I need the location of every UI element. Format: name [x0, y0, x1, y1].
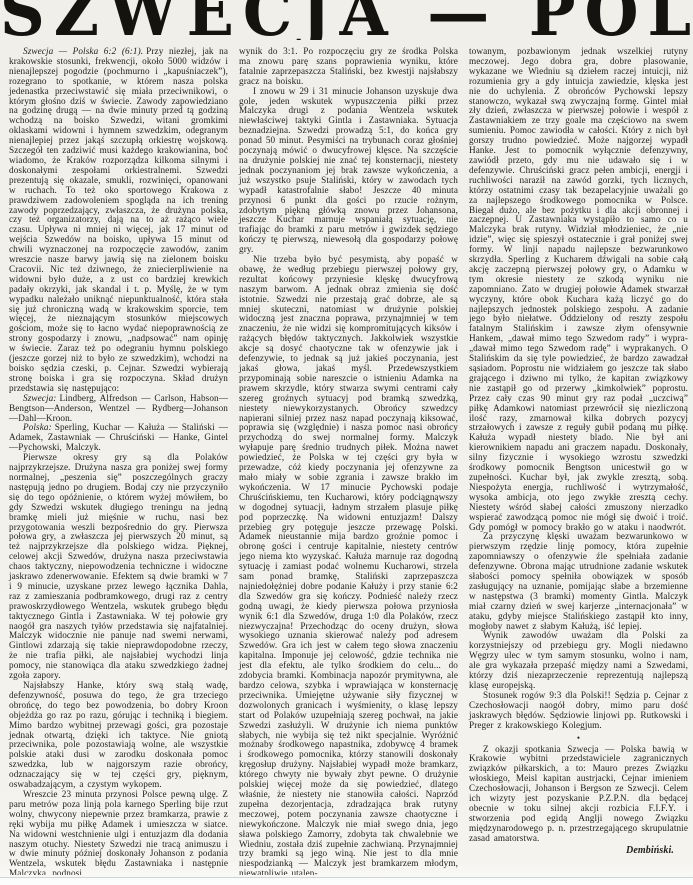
- paragraph-text: towanym, pozbawionym jednak wszelkiej ru…: [469, 46, 688, 532]
- article-headline: SZWECJA — POLSKA: [0, 0, 693, 40]
- article-paragraph: Wynik zawodów uważam dla Polski za korzy…: [469, 631, 688, 690]
- article-paragraph: Najsłabszy Hanke, który swą stałą wadę, …: [9, 681, 228, 790]
- article-paragraph: Z okazji spotkania Szwecja — Polska bawi…: [469, 745, 688, 844]
- article-paragraph: Za przyczynę klęski uważam bezwarunkowo …: [469, 532, 688, 631]
- newspaper-page: SZWECJA — POLSKA Szwecja — Polska 6:2 (6…: [0, 0, 693, 885]
- paragraph-text: Wreszcie 23 minuta przynosi Polsce pewną…: [9, 789, 228, 875]
- article-paragraph-continuation: wynik do 3:1. Po rozpoczęciu gry ze środ…: [239, 47, 458, 87]
- paragraph-text: wynik do 3:1. Po rozpoczęciu gry ze środ…: [239, 46, 458, 86]
- match-score-lead: Szwecja — Polska 6:2 (6:1).: [23, 46, 146, 56]
- paragraph-text: Pierwsze okresy gry są dla Polaków najpr…: [9, 452, 228, 680]
- article-paragraph: Pierwsze okresy gry są dla Polaków najpr…: [9, 453, 228, 681]
- lineup-sweden-label: Szwecja:: [23, 393, 59, 403]
- paragraph-text: Za przyczynę klęski uważam bezwarunkowo …: [469, 531, 688, 630]
- paragraph-text: Stosunek rogów 9:3 dla Polski!! Sędzia p…: [469, 690, 688, 730]
- article-paragraph: Wreszcie 23 minuta przynosi Polsce pewną…: [9, 790, 228, 875]
- paragraph-text: I znowu w 29 i 31 minucie Johanson uzysk…: [239, 86, 458, 255]
- article-masthead: SZWECJA — POLSKA: [0, 0, 693, 40]
- article-paragraph: Nie trzeba było być pesymistą, aby popaś…: [239, 255, 458, 875]
- article-body: Szwecja — Polska 6:2 (6:1).Przy niezłej,…: [0, 40, 693, 875]
- section-separator-dot: •: [469, 731, 688, 745]
- article-paragraph-continuation: towanym, pozbawionym jednak wszelkiej ru…: [469, 47, 688, 532]
- paragraph-text: Nie trzeba było być pesymistą, aby popaś…: [239, 254, 458, 875]
- article-paragraph: Stosunek rogów 9:3 dla Polski!! Sędzia p…: [469, 691, 688, 731]
- lineup-poland-label: Polska:: [23, 422, 55, 432]
- paragraph-text: Z okazji spotkania Szwecja — Polska bawi…: [469, 744, 688, 843]
- article-paragraph: Szwecja — Polska 6:2 (6:1).Przy niezłej,…: [9, 47, 228, 394]
- column-3: towanym, pozbawionym jednak wszelkiej ru…: [469, 47, 688, 875]
- paragraph-text: Najsłabszy Hanke, który swą stałą wadę, …: [9, 680, 228, 789]
- paragraph-text: Wynik zawodów uważam dla Polski za korzy…: [469, 630, 688, 690]
- paragraph-text: Przy niezłej, jak na krakowskie stosunki…: [9, 46, 228, 393]
- column-2: wynik do 3:1. Po rozpoczęciu gry ze środ…: [239, 47, 458, 875]
- article-paragraph: I znowu w 29 i 31 minucie Johanson uzysk…: [239, 87, 458, 255]
- lineup-poland: Polska:Sperling, Kuchar — Kałuża — Stali…: [9, 423, 228, 453]
- column-1: Szwecja — Polska 6:2 (6:1).Przy niezłej,…: [9, 47, 228, 875]
- lineup-sweden: Szwecja:Lindberg, Alfredson — Carlson, H…: [9, 394, 228, 424]
- author-signature: Dembiński.: [469, 846, 688, 856]
- scan-bottom-edge: [0, 877, 693, 885]
